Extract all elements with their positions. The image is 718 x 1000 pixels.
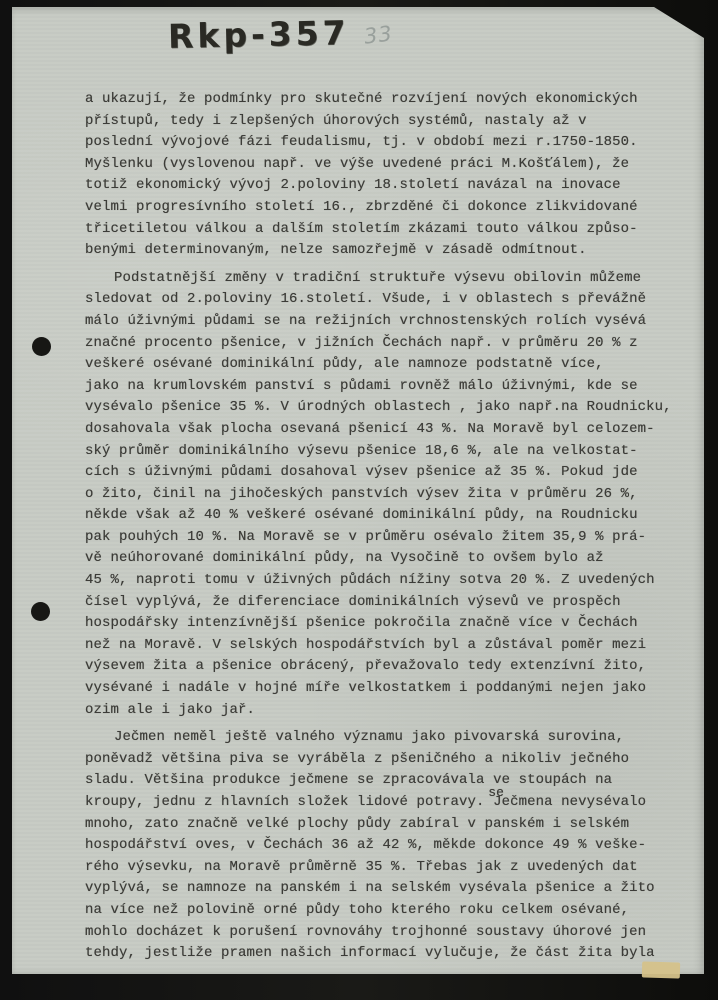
text-line: Podstatnější změny v tradiční struktuře … [85,268,653,290]
typed-insertion-above-line: se [488,782,504,804]
text-line: pak pouhých 10 %. Na Moravě se v průměru… [85,527,653,549]
text-line: ský průměr dominikálního výsevu pšenice … [85,441,653,463]
text-line: značné procento pšenice, v jižních Čechá… [85,333,653,355]
text-line: mohlo docházet k porušení rovnováhy troj… [85,922,653,944]
text-line: tehdy, jestliže pramen našich informací … [85,943,653,965]
text-line: někde však až 40 % veškeré osévané domin… [85,505,653,527]
tape-fragment [642,962,680,979]
text-line: veškeré osévané dominikální půdy, ale na… [85,354,653,376]
text-line: 45 %, naproti tomu v úživných půdách níž… [85,570,653,592]
paragraph: Podstatnější změny v tradiční struktuře … [85,268,653,721]
scanned-page: Rkp-357 33 a ukazují, že podmínky pro sk… [12,7,704,974]
text-line: ozim ale i jako jař. [85,700,653,722]
text-line: hospodářství oves, v Čechách 36 až 42 %,… [85,835,653,857]
text-line: Ječmen neměl ještě valného významu jako … [85,727,653,749]
text-line: přístupů, tedy i zlepšených úhorových sy… [85,111,653,133]
hole-punch-bottom [31,602,50,621]
text-line: Myšlenku (vyslovenou např. ve výše uvede… [85,154,653,176]
paragraph: a ukazují, že podmínky pro skutečné rozv… [85,89,653,262]
text-line: o žito, činil na jihočeských panstvích v… [85,484,653,506]
text-line: a ukazují, že podmínky pro skutečné rozv… [85,89,653,111]
text-line: mnoho, zato značně velké plochy půdy zab… [85,814,653,836]
text-line: dosahovala však plocha osevaná pšenicí 4… [85,419,653,441]
text-line: poněvadž většina piva se vyráběla z pšen… [85,749,653,771]
text-line: vě neúhorované dominikální půdy, na Vyso… [85,548,653,570]
text-line: benými determinovaným, nelze samozřejmě … [85,240,653,262]
text-line: totiž ekonomický vývoj 2.poloviny 18.sto… [85,175,653,197]
text-line: cích s úživnými půdami dosahoval výsev p… [85,462,653,484]
text-line: hospodářsky intenzívnější pšenice pokroč… [85,613,653,635]
text-line: výsevem žita a pšenice obrácený, převažo… [85,656,653,678]
text-line: rého výsevku, na Moravě průměrně 35 %. T… [85,857,653,879]
hole-punch-top [32,337,51,356]
text-line: sladu. Většina produkce ječmene se zprac… [85,770,653,792]
text-line: vyplývá, se namnoze na panském i na sels… [85,878,653,900]
text-line: málo úživnými půdami se na režijních vrc… [85,311,653,333]
text-line: než na Moravě. V selských hospodářstvích… [85,635,653,657]
handwritten-page-number: 33 [363,21,394,48]
text-line: poslední vývojové fázi feudalismu, tj. v… [85,132,653,154]
text-line: vysévané i nadále v hojné míře velkostat… [85,678,653,700]
text-line: na více než polovině orné půdy toho kter… [85,900,653,922]
text-line: třicetiletou válkou a dalším stoletím zk… [85,219,653,241]
text-line: kroupy, jednu z hlavních složek lidové p… [85,792,653,814]
typewritten-text: a ukazují, že podmínky pro skutečné rozv… [85,89,653,965]
text-line: čísel vyplývá, že diferenciace dominikál… [85,592,653,614]
text-line: velmi progresívního století 16., zbrzděn… [85,197,653,219]
paragraph: Ječmen neměl ještě valného významu jako … [85,727,653,965]
handwritten-manuscript-code: Rkp-357 [168,13,350,56]
text-line: jako na krumlovském panství s půdami rov… [85,376,653,398]
text-line: sledovat od 2.poloviny 16.století. Všude… [85,289,653,311]
text-line: vysévalo pšenice 35 %. V úrodných oblast… [85,397,653,419]
